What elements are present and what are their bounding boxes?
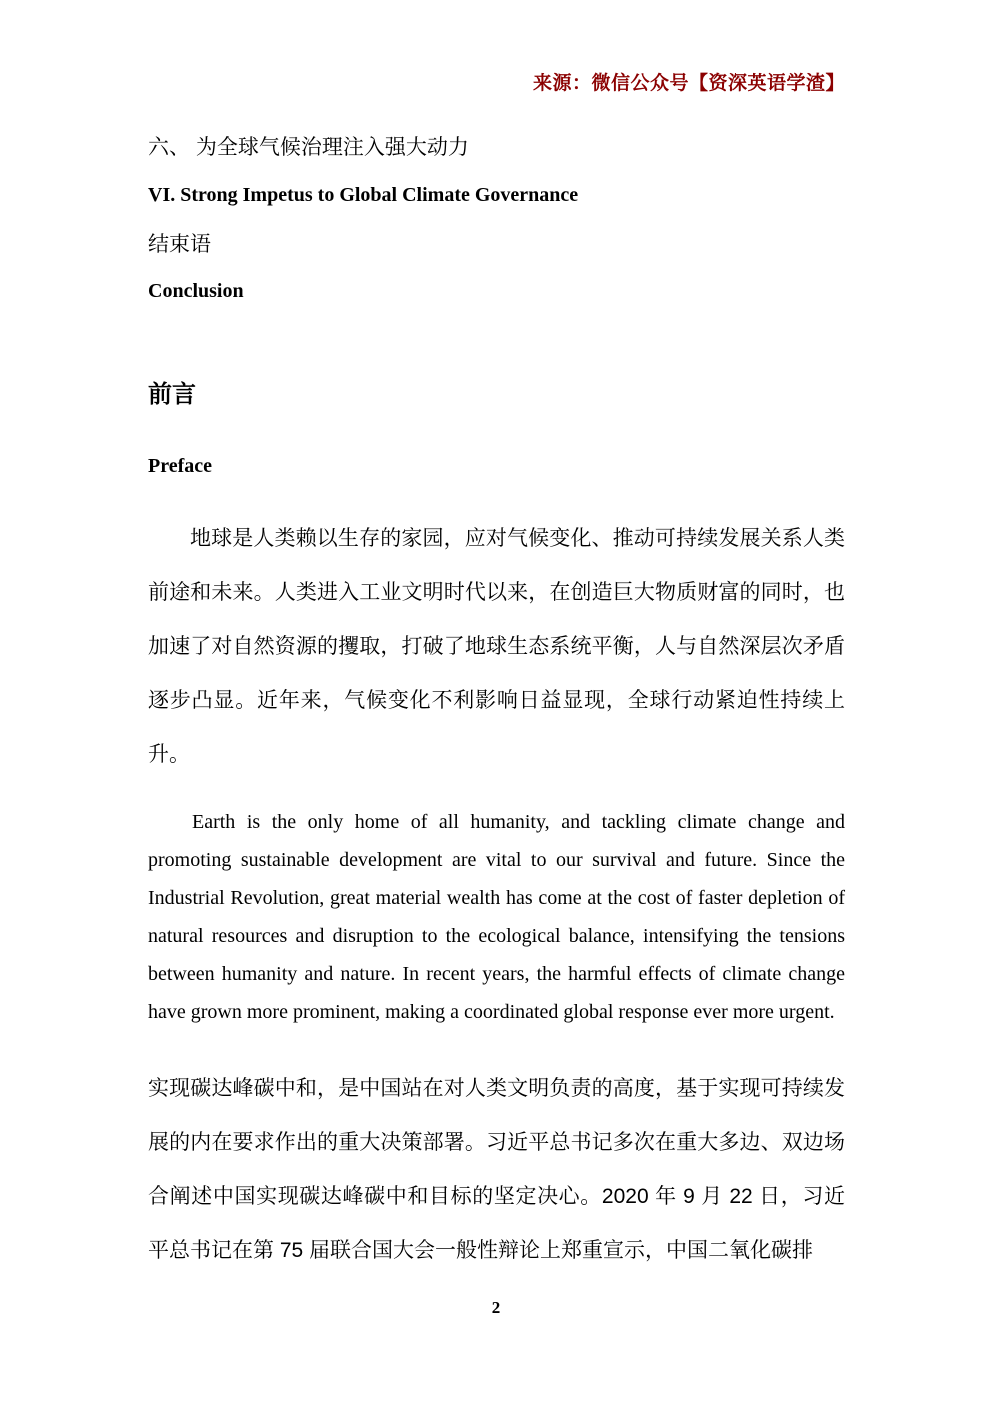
paragraph-chinese-2: 实现碳达峰碳中和，是中国站在对人类文明负责的高度，基于实现可持续发展的内在要求作… <box>148 1062 845 1278</box>
preface-heading-en: Preface <box>148 455 845 477</box>
heading-section-6-en: VI. Strong Impetus to Global Climate Gov… <box>148 184 845 206</box>
heading-conclusion-zh: 结束语 <box>148 233 845 256</box>
heading-section-6-zh: 六、 为全球气候治理注入强大动力 <box>148 136 845 159</box>
heading-conclusion-en: Conclusion <box>148 280 845 302</box>
preface-heading-zh: 前言 <box>148 382 845 408</box>
source-watermark: 来源：微信公众号【资深英语学渣】 <box>148 68 845 95</box>
document-page: 来源：微信公众号【资深英语学渣】 六、 为全球气候治理注入强大动力 VI. St… <box>0 0 992 1403</box>
page-number: 2 <box>0 1298 992 1318</box>
paragraph-chinese-1: 地球是人类赖以生存的家园，应对气候变化、推动可持续发展关系人类前途和未来。人类进… <box>148 512 845 782</box>
paragraph-english-1: Earth is the only home of all humanity, … <box>148 803 845 1031</box>
